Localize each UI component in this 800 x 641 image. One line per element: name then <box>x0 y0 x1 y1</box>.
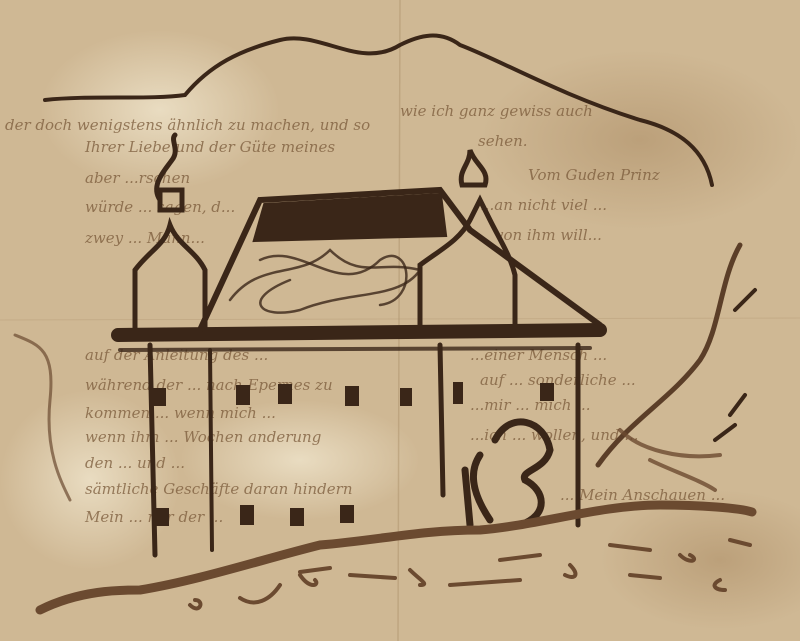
roof-eave <box>118 330 600 335</box>
light-stain <box>40 30 280 190</box>
handwriting-line: kommen ... wenn mich ... <box>85 404 276 422</box>
handwriting-line: sehen. <box>478 132 528 150</box>
handwriting-line: Vom Guden Prinz <box>528 166 660 184</box>
handwriting-line: wie ich ganz gewiss auch <box>400 102 593 120</box>
handwriting-line: der doch wenigstens ähnlich zu machen, u… <box>5 116 370 134</box>
sketch-canvas: der doch wenigstens ähnlich zu machen, u… <box>0 0 800 641</box>
handwriting-line: sämtliche Geschäfte daran hindern <box>85 480 353 498</box>
manuscript-sketch: Ink wash sketch of a building with two o… <box>0 0 800 641</box>
handwriting-line: aber ...rschen <box>85 169 190 187</box>
handwriting-line: ...mir ... mich ... <box>470 396 591 414</box>
handwriting-line: den ... und ... <box>85 454 185 472</box>
handwriting-line: auf ... sonderliche ... <box>480 371 636 389</box>
handwriting-line: Ihrer Liebe und der Güte meines <box>84 138 335 156</box>
handwriting-line: von ihm will... <box>495 226 602 244</box>
handwriting-line: ...an nicht viel ... <box>480 196 607 214</box>
handwriting-line: wenn ihm ... Wochen anderung <box>85 428 321 446</box>
